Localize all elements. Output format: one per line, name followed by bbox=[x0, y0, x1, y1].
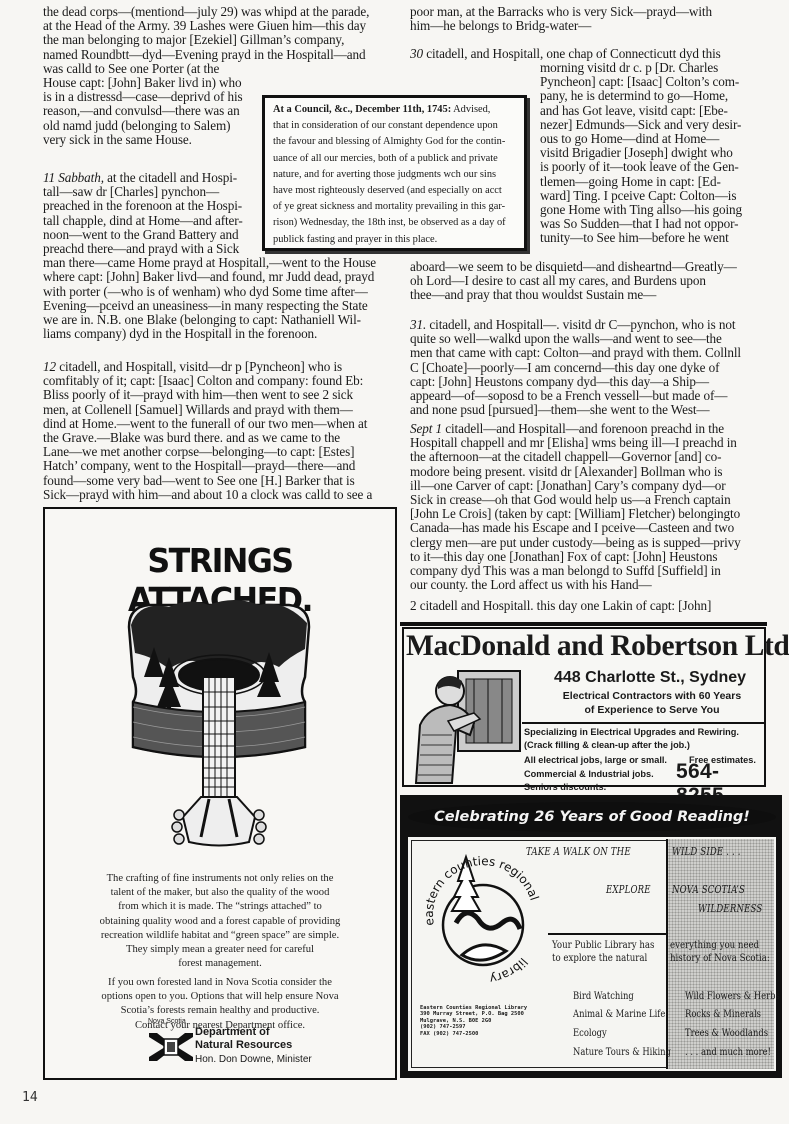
ad-divider bbox=[400, 622, 767, 626]
company-name: MacDonald and Robertson Ltd. bbox=[406, 630, 789, 663]
text-line: 12 citadell, and Hospitall, visitd—dr p … bbox=[43, 360, 372, 374]
sidebar-line: publick fasting and prayer in this place… bbox=[273, 232, 516, 248]
text-line: company dyd This was a man belongd to Su… bbox=[410, 564, 741, 578]
sidebar-line: have most righteously deserved (and espe… bbox=[273, 183, 516, 199]
sidebar-line: of ye great sickness and mortality preva… bbox=[273, 199, 516, 215]
library-address: Eastern Counties Regional Library 390 Mu… bbox=[420, 1005, 527, 1037]
article-right-p2-wrap: morning visitd dr c. p [Dr. Charles Pync… bbox=[540, 61, 742, 246]
article-right-p1: poor man, at the Barracks who is very Si… bbox=[410, 5, 712, 33]
sidebar-line: rison) Wednesday, the 18th inst, be obse… bbox=[273, 215, 516, 231]
text-line: at the Head of the Army. 39 Lashes were … bbox=[43, 19, 369, 33]
text-line: Sick—prayd with him—and about 10 a clock… bbox=[43, 488, 372, 502]
text-line: men, at Collenell [Samuel] Willards and … bbox=[43, 403, 372, 417]
electrician-illustration-icon bbox=[408, 665, 528, 785]
text-line: appeard—of—soposd to be a French vessell… bbox=[410, 389, 741, 403]
divider-rule bbox=[548, 933, 666, 935]
topic-item: . . . and much more! bbox=[685, 1046, 771, 1058]
topic-item: Wild Flowers & Herbs bbox=[685, 990, 780, 1002]
ad-line: They simply mean a greater need for care… bbox=[45, 943, 395, 957]
dept-line: Natural Resources bbox=[195, 1039, 292, 1052]
text-line: ward] Ting. I pceive Capt: Colton—is bbox=[540, 189, 742, 203]
text-line: morning visitd dr c. p [Dr. Charles bbox=[540, 61, 742, 75]
text-line: was calld to See one Porter (at the bbox=[43, 62, 369, 76]
nova-scotia-flag-icon bbox=[149, 1029, 193, 1065]
sidebar-line: At a Council, &c., December 11th, 1745: … bbox=[273, 102, 516, 118]
sidebar-line: nature, and for averting those judgments… bbox=[273, 167, 516, 183]
text-line: is poorly of it—took leave of the Gen- bbox=[540, 160, 742, 174]
topic-item: Animal & Marine Life bbox=[573, 1008, 665, 1020]
text-line: aboard—we seem to be disquietd—and dishe… bbox=[410, 260, 737, 274]
text-line: man there—came Home prayd at Hospitall,—… bbox=[43, 256, 376, 270]
ad-line: If you own forested land in Nova Scotia … bbox=[45, 976, 395, 990]
text-fragment: Advised, bbox=[451, 104, 490, 115]
company-address: 448 Charlotte St., Sydney bbox=[554, 669, 746, 687]
text-line: visitd Brigadier [Joseph] dwight who bbox=[540, 146, 742, 160]
text-line: Hatch’ company, went to the Hospitall—pr… bbox=[43, 459, 372, 473]
text-line: the dead corps—(mentiond—july 29) was wh… bbox=[43, 5, 369, 19]
text-line: with porter (—who is of wenham) who dyd … bbox=[43, 285, 376, 299]
article-right-p3: 31. citadell, and Hospitall—. visitd dr … bbox=[410, 318, 741, 417]
headline-left-2: EXPLORE bbox=[606, 883, 651, 896]
council-sidebar-box: At a Council, &c., December 11th, 1745: … bbox=[262, 95, 527, 251]
text-line: dind at Home.—went to the funerall of ou… bbox=[43, 417, 372, 431]
text-line: Sept 1 citadell—and Hospitall—and foreno… bbox=[410, 422, 741, 436]
text-line: clergy men—are put under custody—being a… bbox=[410, 536, 741, 550]
entry-date: 11 Sabbath, bbox=[43, 170, 104, 185]
text-fragment: citadell, and Hospitall—. visitd dr C—py… bbox=[426, 317, 735, 332]
topic-item: Rocks & Minerals bbox=[685, 1008, 761, 1020]
text-line: the afternoon—at the citadell chappell—G… bbox=[410, 450, 741, 464]
library-ad: eastern counties regional library TAKE A… bbox=[406, 835, 778, 1073]
ad-body-1: The crafting of fine instruments not onl… bbox=[45, 872, 395, 971]
article-right-p4: Sept 1 citadell—and Hospitall—and foreno… bbox=[410, 422, 741, 592]
svg-text:library: library bbox=[488, 955, 530, 985]
text-line: Canada—has made his Escape and I pceive—… bbox=[410, 521, 741, 535]
text-line: tunity—to See him—before he went bbox=[540, 231, 742, 245]
text-line: thee—and pray that thou wouldst Sustain … bbox=[410, 288, 737, 302]
text-line: the man belonging to major [Ezekiel] Gil… bbox=[43, 33, 369, 47]
entry-date: 30 bbox=[410, 46, 423, 61]
article-right-p5: 2 citadell and Hospitall. this day one L… bbox=[410, 599, 711, 613]
text-line: ill—one Carver of capt: [Jonathan] Cary’… bbox=[410, 479, 741, 493]
guitar-with-forest-icon bbox=[109, 597, 329, 847]
text-line: comfitably of it; capt: [Isaac] Colton a… bbox=[43, 374, 372, 388]
text-line: Bliss poorly of it—prayd with him—then w… bbox=[43, 388, 372, 402]
text-line: we are in. N.B. one Blake (belonging to … bbox=[43, 313, 376, 327]
macdonald-robertson-ad: MacDonald and Robertson Ltd. 448 Charlot… bbox=[402, 627, 766, 787]
article-left-p3: 12 citadell, and Hospitall, visitd—dr p … bbox=[43, 360, 372, 502]
text-fragment: at the citadell and Hospi- bbox=[104, 170, 237, 185]
ad-line: forest management. bbox=[45, 957, 395, 971]
text-line: 2 citadell and Hospitall. this day one L… bbox=[410, 599, 711, 613]
text-fragment: citadell, and Hospitall, one chap of Con… bbox=[423, 46, 721, 61]
service-item: Specializing in Electrical Upgrades and … bbox=[524, 727, 739, 737]
eastern-counties-library-logo-icon: eastern counties regional library bbox=[422, 845, 544, 985]
sidebar-line: that in consideration of our constant de… bbox=[273, 118, 516, 134]
service-item: (Crack filling & clean-up after the job.… bbox=[524, 740, 690, 750]
address-line: 390 Murray Street, P.O. Bag 2500 bbox=[420, 1011, 527, 1017]
text-line: C [Choate]—poorly—I am concernd—this day… bbox=[410, 361, 741, 375]
headline-right-2a: NOVA SCOTIA’S bbox=[672, 883, 745, 896]
ad-line: The crafting of fine instruments not onl… bbox=[45, 872, 395, 886]
tagline-line: of Experience to Serve You bbox=[552, 703, 752, 717]
entry-date: Sept 1 bbox=[410, 421, 442, 436]
company-tagline: Electrical Contractors with 60 Years of … bbox=[552, 689, 752, 717]
text-line: to it—this day one [Jonathan] Fox of cap… bbox=[410, 550, 741, 564]
address-line: FAX (902) 747-2500 bbox=[420, 1031, 527, 1037]
text-fragment: citadell and Hospitall. this day one Lak… bbox=[417, 598, 712, 613]
text-line: quite so well—walkd upon the walls—and w… bbox=[410, 332, 741, 346]
entry-date: 12 bbox=[43, 359, 56, 374]
text-fragment: citadell, and Hospitall, visitd—dr p [Py… bbox=[56, 359, 342, 374]
text-line: modore being present. visitd dr [Alexand… bbox=[410, 465, 741, 479]
text-line: 31. citadell, and Hospitall—. visitd dr … bbox=[410, 318, 741, 332]
intro-left: Your Public Library has bbox=[552, 939, 654, 951]
ad-line: talent of the maker, but also the qualit… bbox=[45, 886, 395, 900]
text-line: gone Home with Ting allso—his going bbox=[540, 203, 742, 217]
intro-left: to explore the natural bbox=[552, 952, 647, 964]
nova-scotia-label: Nova Scotia bbox=[148, 1018, 186, 1025]
headline-left-1: TAKE A WALK ON THE bbox=[526, 845, 631, 858]
article-right-p2-tail: aboard—we seem to be disquietd—and dishe… bbox=[410, 260, 737, 303]
intro-right: everything you need bbox=[670, 939, 759, 951]
library-banner: Celebrating 26 Years of Good Reading! bbox=[408, 802, 776, 832]
service-item: Seniors discounts. bbox=[524, 782, 606, 792]
text-line: our county. the Lord affect us with his … bbox=[410, 578, 741, 592]
headline-right-1: WILD SIDE . . . bbox=[672, 845, 741, 858]
text-line: where capt: [John] Baker livd—and found,… bbox=[43, 270, 376, 284]
ad-line: options open to you. Options that will h… bbox=[45, 990, 395, 1004]
ad-line: obtaining quality wood and a forest capa… bbox=[45, 915, 395, 929]
text-line: found—some very bad—went to See one [H.]… bbox=[43, 474, 372, 488]
service-item: All electrical jobs, large or small. bbox=[524, 755, 667, 765]
text-line: the Grave.—Blake was burd there. and as … bbox=[43, 431, 372, 445]
ad-line: Scotia’s forests remain healthy and prod… bbox=[45, 1004, 395, 1018]
ad-line: from which it is made. The “strings atta… bbox=[45, 900, 395, 914]
text-line: Hospitall chappell and mr [Elisha] wms b… bbox=[410, 436, 741, 450]
text-line: and has Got leave, visitd capt: [Ebe- bbox=[540, 104, 742, 118]
text-fragment: citadell—and Hospitall—and forenoon prea… bbox=[442, 421, 724, 436]
text-line: Lane—we met another corpse—belonging—to … bbox=[43, 445, 372, 459]
topic-item: Trees & Woodlands bbox=[685, 1027, 768, 1039]
tagline-line: Electrical Contractors with 60 Years bbox=[552, 689, 752, 703]
topic-item: Bird Watching bbox=[573, 990, 634, 1002]
topic-item: Nature Tours & Hiking bbox=[573, 1046, 671, 1058]
text-line: tlemen—going Home in capt: [Ed- bbox=[540, 175, 742, 189]
text-line: pany, he is determind to go—Home, bbox=[540, 89, 742, 103]
text-line: was So Sudden—that I had not oppor- bbox=[540, 217, 742, 231]
text-line: named Roundbtt—dyd—Evening prayd in the … bbox=[43, 48, 369, 62]
text-line: House capt: [John] Baker livd in) who bbox=[43, 76, 369, 90]
text-line: [John Le Crois] (taken by capt: [William… bbox=[410, 507, 741, 521]
text-line: ous to go Home—dind at Home— bbox=[540, 132, 742, 146]
text-line: oh Lord—I desire to cast all my cares, a… bbox=[410, 274, 737, 288]
text-line: and none psud [pursued]—them—she went to… bbox=[410, 403, 741, 417]
text-line: nezer] Edmunds—Sick and very desir- bbox=[540, 118, 742, 132]
sidebar-heading: At a Council, &c., December 11th, 1745: bbox=[273, 104, 451, 115]
text-line: men that came with capt: Colton—and pray… bbox=[410, 346, 741, 360]
text-line: Evening—pceivd an uneasiness—in many res… bbox=[43, 299, 376, 313]
intro-right: history of Nova Scotia: bbox=[670, 952, 770, 964]
ad-line: recreation wildlife habitat and “green s… bbox=[45, 929, 395, 943]
service-item: Commercial & Industrial jobs. bbox=[524, 769, 654, 779]
text-line: Sick in crease—oh that God would help us… bbox=[410, 493, 741, 507]
headline-right-2b: WILDERNESS bbox=[698, 902, 762, 915]
strings-attached-ad: STRINGS ATTACHED. bbox=[43, 507, 397, 1080]
topic-item: Ecology bbox=[573, 1027, 607, 1039]
ad-body-2: If you own forested land in Nova Scotia … bbox=[45, 976, 395, 1033]
text-line: him—he belongs to Bridg-water— bbox=[410, 19, 712, 33]
ad-divider bbox=[522, 722, 766, 724]
page-number: 14 bbox=[22, 1090, 38, 1105]
minister-name: Hon. Don Downe, Minister bbox=[195, 1054, 312, 1065]
svg-text:eastern counties regional: eastern counties regional bbox=[422, 854, 542, 927]
sidebar-line: the favour and blessing of Almighty God … bbox=[273, 134, 516, 150]
text-line: capt: [John] Heustons company dyd—this d… bbox=[410, 375, 741, 389]
department-name: Department of Natural Resources bbox=[195, 1026, 292, 1052]
entry-date: 31. bbox=[410, 317, 426, 332]
sidebar-line: uance of all our mercies, both of a publ… bbox=[273, 151, 516, 167]
text-line: liams company) dyd in the Hospitall in t… bbox=[43, 327, 376, 341]
text-line: Pyncheon] capt: [Isaac] Colton’s com- bbox=[540, 75, 742, 89]
text-line: poor man, at the Barracks who is very Si… bbox=[410, 5, 712, 19]
dept-line: Department of bbox=[195, 1026, 292, 1039]
